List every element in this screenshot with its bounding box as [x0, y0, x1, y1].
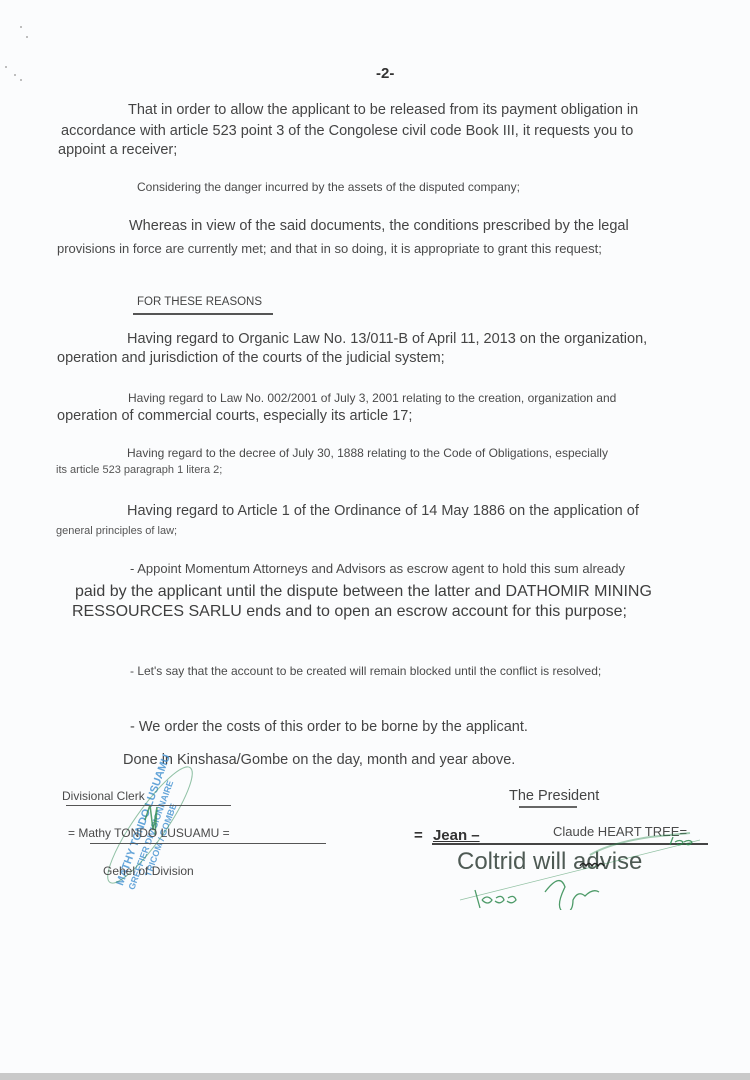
scan-speck	[20, 26, 22, 28]
paragraph-decree-1888-line2: its article 523 paragraph 1 litera 2;	[56, 464, 222, 476]
president-name-first: Jean –	[433, 827, 480, 844]
order-costs: - We order the costs of this order to be…	[130, 719, 528, 735]
president-name-underline	[432, 843, 708, 845]
section-heading: FOR THESE REASONS	[137, 296, 262, 308]
paragraph-decree-1888-line1: Having regard to the decree of July 30, …	[127, 446, 608, 460]
order-account-blocked: - Let's say that the account to be creat…	[130, 664, 601, 678]
order-escrow-agent-line2: paid by the applicant until the dispute …	[75, 583, 652, 601]
paragraph-receiver-line1: That in order to allow the applicant to …	[128, 102, 638, 118]
signature-annotation: Coltrid will advise	[457, 848, 642, 876]
clerk-name: = Mathy TONDO LUSUAMU =	[68, 826, 230, 840]
scan-speck	[14, 74, 16, 76]
order-escrow-agent-line3: RESSOURCES SARLU ends and to open an esc…	[72, 603, 627, 621]
heading-underline	[133, 313, 273, 315]
scan-speck	[5, 66, 7, 68]
clerk-title-underline	[66, 805, 231, 806]
clerk-role: Gehel of Division	[103, 864, 194, 878]
paragraph-organic-law-line1: Having regard to Organic Law No. 13/011-…	[127, 331, 647, 347]
paragraph-law-2001-line2: operation of commercial courts, especial…	[57, 408, 412, 424]
order-escrow-agent-line1: - Appoint Momentum Attorneys and Advisor…	[130, 561, 625, 576]
paragraph-whereas-line1: Whereas in view of the said documents, t…	[129, 218, 629, 234]
paragraph-ordinance-line2: general principles of law;	[56, 525, 177, 537]
paragraph-law-2001-line1: Having regard to Law No. 002/2001 of Jul…	[128, 391, 616, 405]
paragraph-whereas-line2: provisions in force are currently met; a…	[57, 241, 602, 256]
paragraph-organic-law-line2: operation and jurisdiction of the courts…	[57, 350, 445, 366]
president-title: The President	[509, 788, 599, 804]
clerk-name-underline	[90, 843, 326, 844]
paragraph-ordinance-line1: Having regard to Article 1 of the Ordina…	[127, 503, 639, 519]
president-name: = Jean –	[414, 827, 480, 844]
paragraph-receiver-line2: accordance with article 523 point 3 of t…	[61, 123, 633, 139]
paragraph-receiver-line3: appoint a receiver;	[58, 142, 177, 158]
page-number: -2-	[376, 65, 394, 82]
president-name-rest: Claude HEART TREE=	[553, 824, 687, 839]
president-name-prefix: =	[414, 827, 423, 844]
clerk-title: Divisional Clerk	[62, 789, 145, 803]
president-title-underline	[519, 806, 577, 808]
scan-speck	[20, 79, 22, 81]
page-bottom-edge	[0, 1073, 750, 1080]
done-in-place-date: Done in Kinshasa/Gombe on the day, month…	[123, 752, 515, 768]
scan-speck	[26, 36, 28, 38]
paragraph-danger: Considering the danger incurred by the a…	[137, 180, 520, 194]
